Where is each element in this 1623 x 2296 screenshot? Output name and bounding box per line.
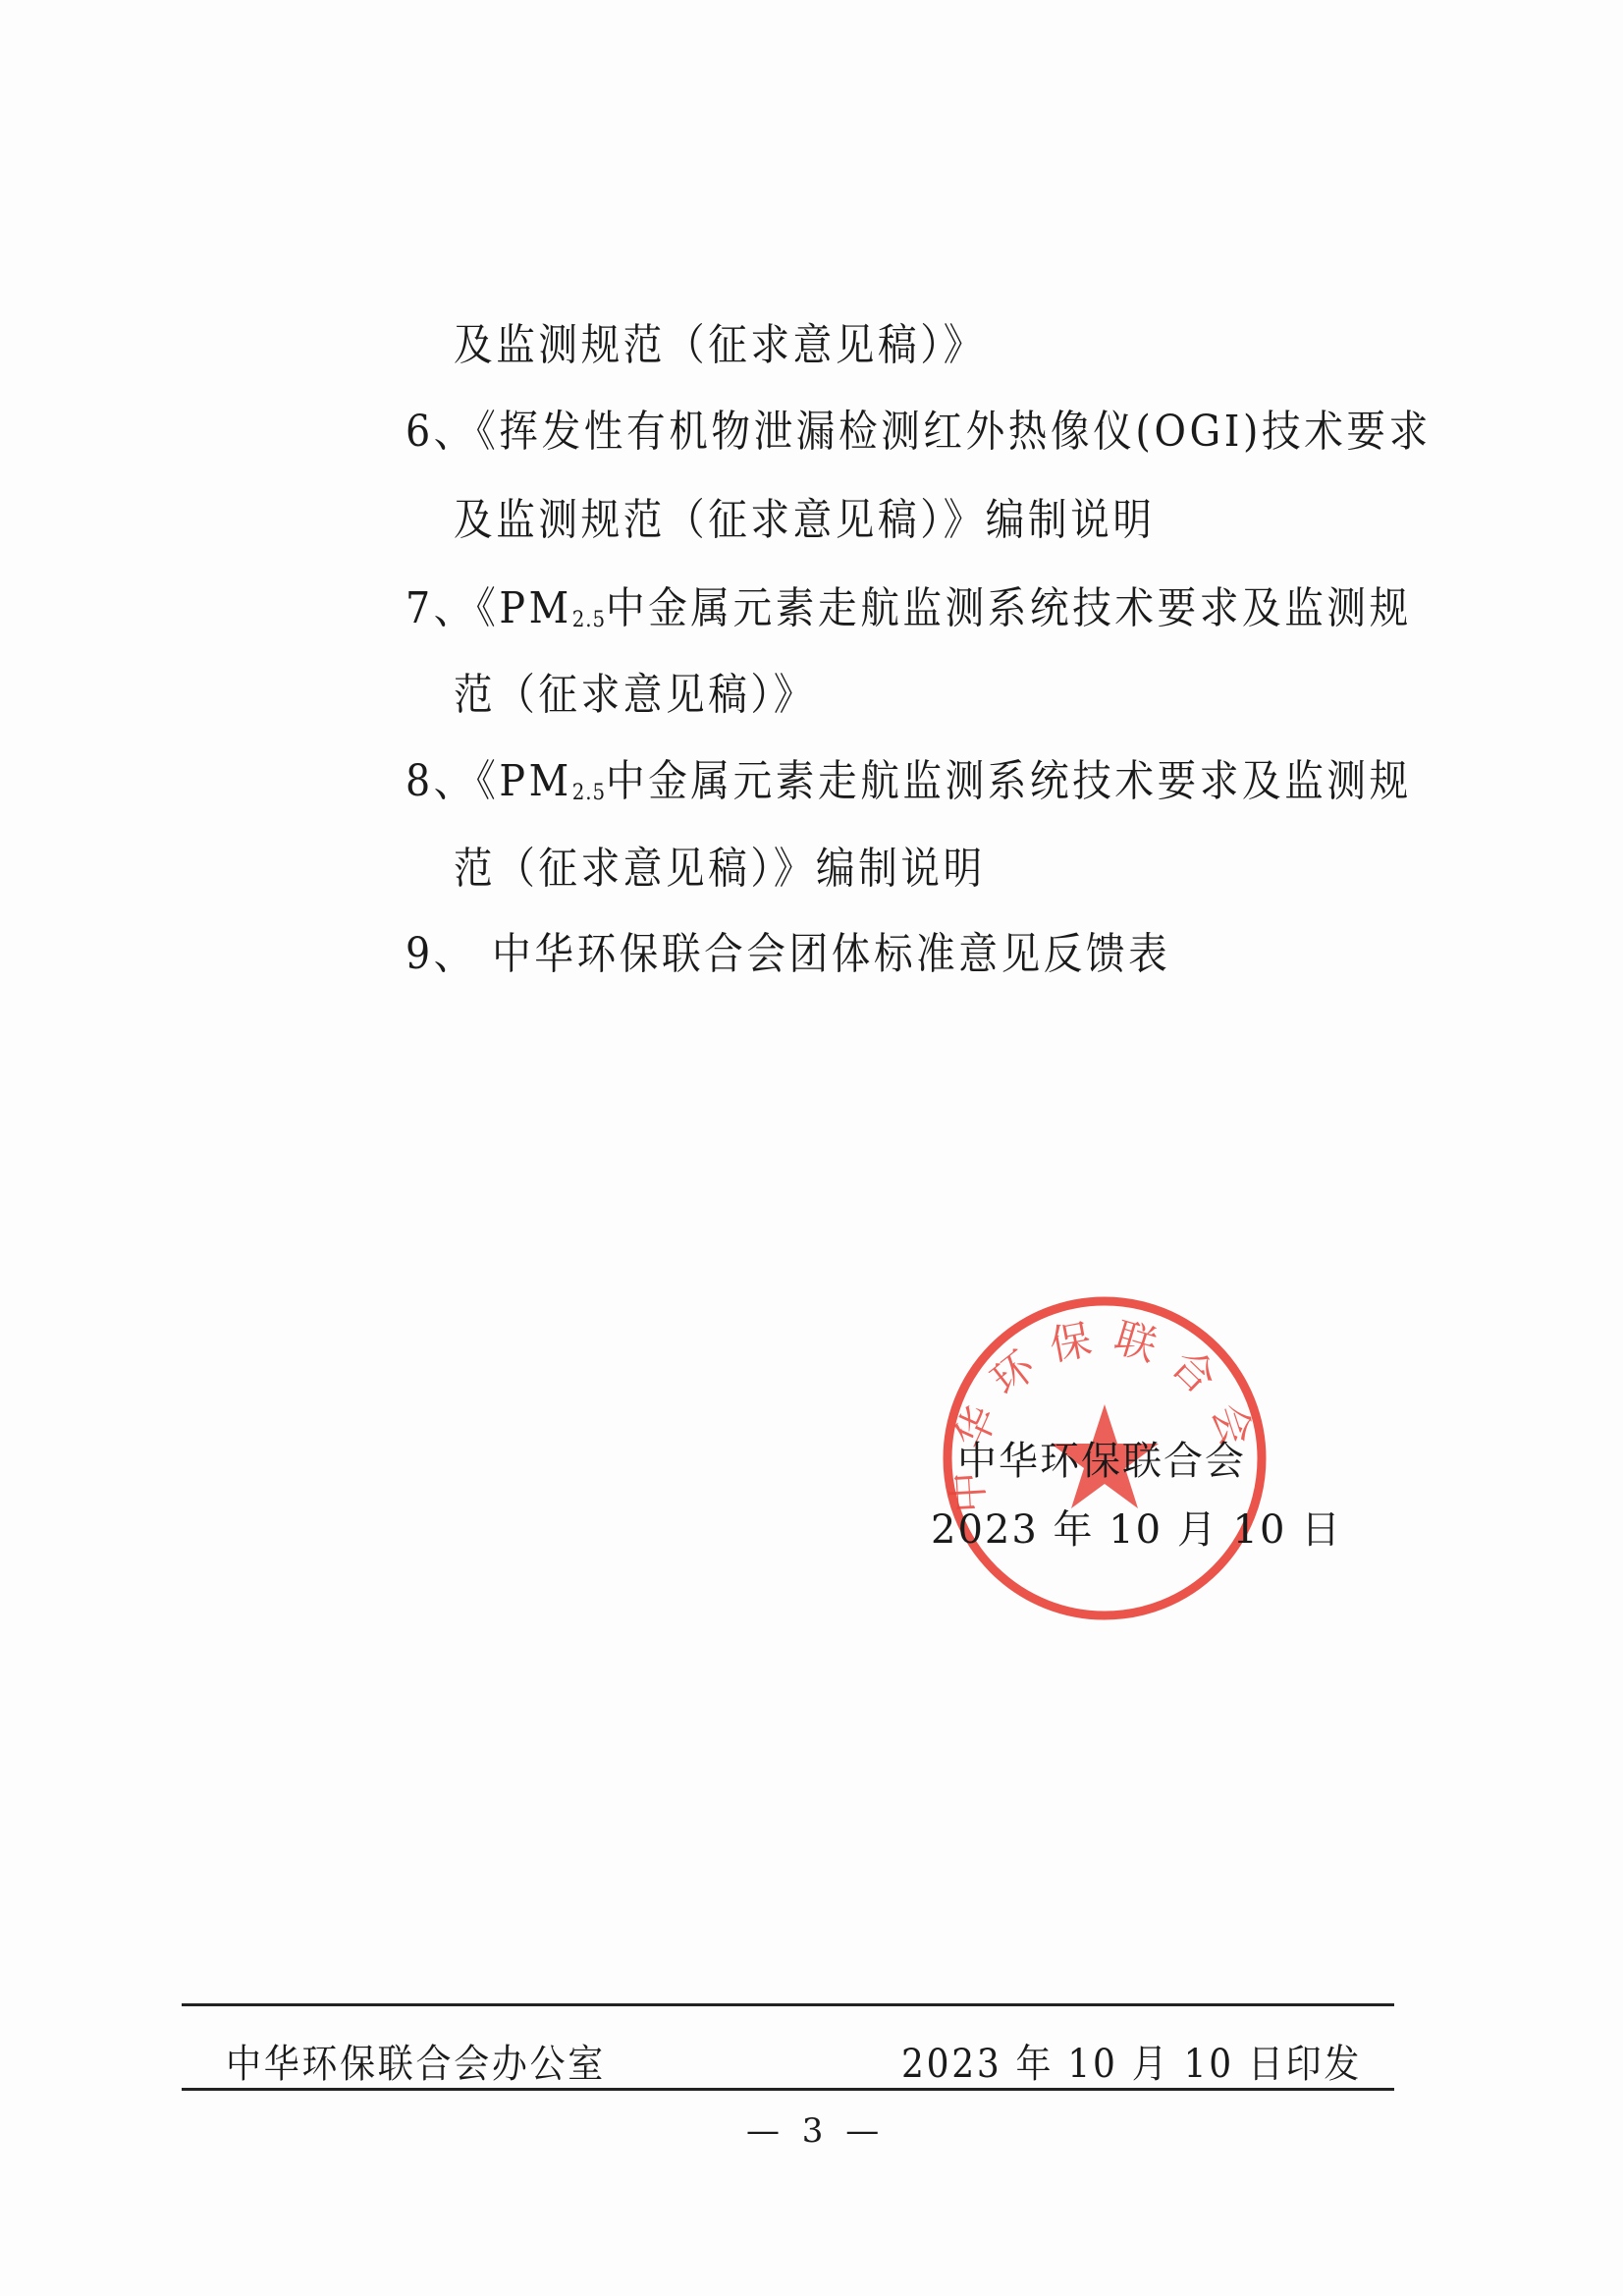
signature-organization: 中华环保联合会 bbox=[957, 1436, 1246, 1487]
attachment-line: 范（征求意见稿）》编制说明 bbox=[454, 840, 986, 899]
subscript: 2.5 bbox=[572, 608, 606, 632]
signature-date: 2023 年 10 月 10 日 bbox=[931, 1504, 1342, 1556]
item-prefix: 7、《PM bbox=[406, 583, 572, 633]
item-text: 中金属元素走航监测系统技术要求及监测规 bbox=[606, 756, 1412, 806]
footer-issuer: 中华环保联合会办公室 bbox=[226, 2033, 606, 2089]
footer-top-rule bbox=[182, 2003, 1394, 2006]
attachment-item-8: 8、《PM2.5中金属元素走航监测系统技术要求及监测规 bbox=[406, 752, 1412, 823]
attachment-line: 范（征求意见稿）》 bbox=[454, 666, 816, 725]
item-prefix: 8、《PM bbox=[406, 756, 572, 806]
attachment-item-6: 6、《挥发性有机物泄漏检测红外热像仪(OGI)技术要求 bbox=[406, 403, 1432, 462]
page-number: — 3 — bbox=[746, 2111, 885, 2151]
attachment-item-7: 7、《PM2.5中金属元素走航监测系统技术要求及监测规 bbox=[406, 579, 1412, 650]
item-text: 中金属元素走航监测系统技术要求及监测规 bbox=[606, 583, 1412, 633]
attachment-line: 及监测规范（征求意见稿）》 bbox=[454, 316, 986, 375]
attachment-item-9: 9、 中华环保联合会团体标准意见反馈表 bbox=[406, 925, 1170, 984]
footer-bottom-rule bbox=[182, 2088, 1394, 2091]
document-page: 及监测规范（征求意见稿）》 6、《挥发性有机物泄漏检测红外热像仪(OGI)技术要… bbox=[0, 0, 1623, 2296]
footer-issue-date: 2023 年 10 月 10 日印发 bbox=[901, 2033, 1362, 2089]
subscript: 2.5 bbox=[572, 781, 606, 805]
attachment-line: 及监测规范（征求意见稿）》编制说明 bbox=[454, 491, 1156, 550]
